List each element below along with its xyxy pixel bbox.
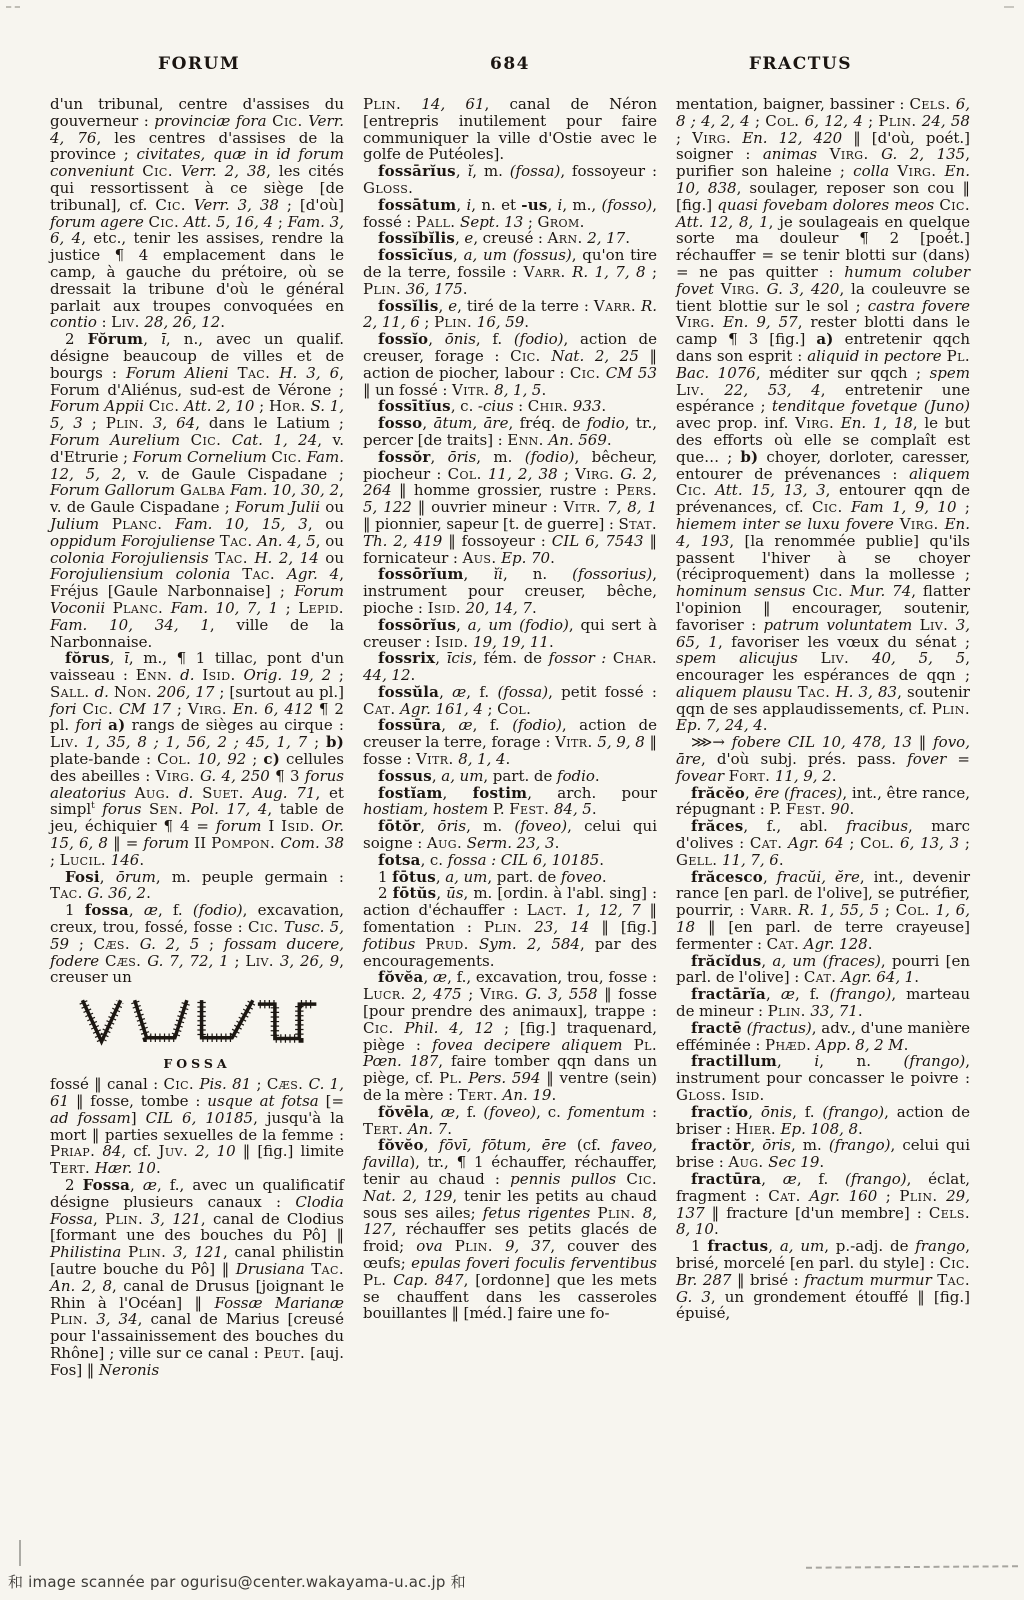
entry-paragraph: frăces, f., abl. fracibus, marc d'olives… bbox=[676, 818, 970, 868]
continuation-paragraph: mentation, baigner, bassiner : Cels. 6, … bbox=[676, 96, 970, 734]
scan-artifact-top-right bbox=[1004, 6, 1014, 8]
entry-paragraph: fossŏr, ōris, m. (fodio), bêcheur, pioch… bbox=[363, 449, 657, 567]
entry-paragraph: fossūra, æ, f. (fodio), action de creuse… bbox=[363, 717, 657, 767]
entry-paragraph: fractŏr, ōris, m. (frango), celui qui br… bbox=[676, 1137, 970, 1171]
entry-paragraph: fossītĭus, c. -cius : Chir. 933. bbox=[363, 398, 657, 415]
entry-paragraph: fŏvĕa, æ, f., excavation, trou, fosse : … bbox=[363, 969, 657, 1103]
column-center: Plin. 14, 61, canal de Néron [entrepris … bbox=[363, 96, 657, 1530]
scan-artifact-dashes bbox=[806, 1565, 1018, 1568]
entry-paragraph: fossārĭus, ĭ, m. (fossa), fossoyeur : Gl… bbox=[363, 163, 657, 197]
entry-paragraph: 2 Fossa, æ, f., avec un qualificatif dés… bbox=[50, 1177, 344, 1379]
entry-paragraph: frăcĕo, ēre (fraces), int., être rance, … bbox=[676, 785, 970, 819]
column-right: mentation, baigner, bassiner : Cels. 6, … bbox=[676, 96, 970, 1530]
entry-paragraph: fossĭbĭlis, e, creusé : Arn. 2, 17. bbox=[363, 230, 657, 247]
entry-paragraph: Fosi, ōrum, m. peuple germain : Tac. G. … bbox=[50, 869, 344, 903]
entry-paragraph: fossrix, īcis, fém. de fossor : Char. 44… bbox=[363, 650, 657, 684]
entry-paragraph: fractūra, æ, f. (frango), éclat, fragmen… bbox=[676, 1171, 970, 1238]
entry-paragraph: fosso, ātum, āre, fréq. de fodio, tr., p… bbox=[363, 415, 657, 449]
entry-paragraph: 1 fōtus, a, um, part. de foveo. bbox=[363, 869, 657, 886]
entry-paragraph: 2 fōtŭs, ūs, m. [ordin. à l'abl. sing] :… bbox=[363, 885, 657, 969]
entry-paragraph: fractĭo, ōnis, f. (frango), action de br… bbox=[676, 1104, 970, 1138]
entry-paragraph: fotsa, c. fossa : CIL 6, 10185. bbox=[363, 852, 657, 869]
entry-paragraph: fŏvēla, æ, f. (foveo), c. fomentum : Ter… bbox=[363, 1104, 657, 1138]
entry-paragraph: frăcĭdus, a, um (fraces), pourri [en par… bbox=[676, 953, 970, 987]
entry-paragraph: fossātum, i, n. et -us, i, m., (fosso), … bbox=[363, 197, 657, 231]
entry-paragraph: ⋙→ fobere CIL 10, 478, 13 ‖ fovo, āre, d… bbox=[676, 734, 970, 784]
figure-caption: FOSSA bbox=[69, 1056, 325, 1071]
entry-paragraph: fōtŏr, ōris, m. (foveo), celui qui soign… bbox=[363, 818, 657, 852]
entry-paragraph: fossīcĭus, a, um (fossus), qu'on tire de… bbox=[363, 247, 657, 297]
continuation-paragraph: fossé ‖ canal : Cic. Pis. 81 ; Cæs. C. 1… bbox=[50, 1076, 344, 1177]
entry-paragraph: fossus, a, um, part. de fodio. bbox=[363, 768, 657, 785]
entry-paragraph: fossōrĭum, ĭi, n. (fossorius), instrumen… bbox=[363, 566, 657, 616]
running-head-right: FRACTUS bbox=[749, 54, 852, 74]
entry-paragraph: fractē (fractus), adv., d'une manière ef… bbox=[676, 1020, 970, 1054]
entry-paragraph: fŏvĕo, fōvī, fōtum, ēre (cf. faveo, favi… bbox=[363, 1137, 657, 1322]
entry-paragraph: fractārĭa, æ, f. (frango), marteau de mi… bbox=[676, 986, 970, 1020]
entry-paragraph: fostĭam, fostim, arch. pour hostiam, hos… bbox=[363, 785, 657, 819]
dictionary-page: FORUM 684 FRACTUS d'un tribunal, centre … bbox=[0, 0, 1024, 1600]
entry-paragraph: 1 fossa, æ, f. (fodio), excavation, creu… bbox=[50, 902, 344, 986]
entry-paragraph: fossĭo, ōnis, f. (fodio), action de creu… bbox=[363, 331, 657, 398]
entry-paragraph: frăcesco, fracŭi, ĕre, int., devenir ran… bbox=[676, 869, 970, 953]
entry-paragraph: 1 fractus, a, um, p.-adj. de frango, bri… bbox=[676, 1238, 970, 1322]
entry-paragraph: fŏrus, ī, m., ¶ 1 tillac, pont d'un vais… bbox=[50, 650, 344, 868]
entry-paragraph: fractillum, i, n. (frango), instrument p… bbox=[676, 1053, 970, 1103]
ditch-cross-sections-drawing bbox=[71, 994, 323, 1054]
text-columns: d'un tribunal, centre d'assises du gouve… bbox=[50, 96, 970, 1530]
entry-paragraph: fossŭla, æ, f. (fossa), petit fossé : Ca… bbox=[363, 684, 657, 718]
running-head-left: FORUM bbox=[158, 54, 240, 74]
entry-paragraph: fossōrĭus, a, um (fodio), qui sert à cre… bbox=[363, 617, 657, 651]
continuation-paragraph: d'un tribunal, centre d'assises du gouve… bbox=[50, 96, 344, 331]
scan-artifact-top-left bbox=[6, 6, 20, 8]
page-number: 684 bbox=[490, 54, 530, 74]
page-header: FORUM 684 FRACTUS bbox=[50, 54, 970, 80]
entry-paragraph: 2 Fŏrum, ī, n., avec un qualif. désigne … bbox=[50, 331, 344, 650]
continuation-paragraph: Plin. 14, 61, canal de Néron [entrepris … bbox=[363, 96, 657, 163]
entry-paragraph: fossĭlis, e, tiré de la terre : Varr. R.… bbox=[363, 298, 657, 332]
scan-credit: 和 image scannée par ogurisu@center.wakay… bbox=[8, 1571, 466, 1592]
fossa-illustration: FOSSA bbox=[69, 994, 325, 1071]
scan-artifact-tick bbox=[19, 1540, 21, 1566]
column-left: d'un tribunal, centre d'assises du gouve… bbox=[50, 96, 344, 1530]
